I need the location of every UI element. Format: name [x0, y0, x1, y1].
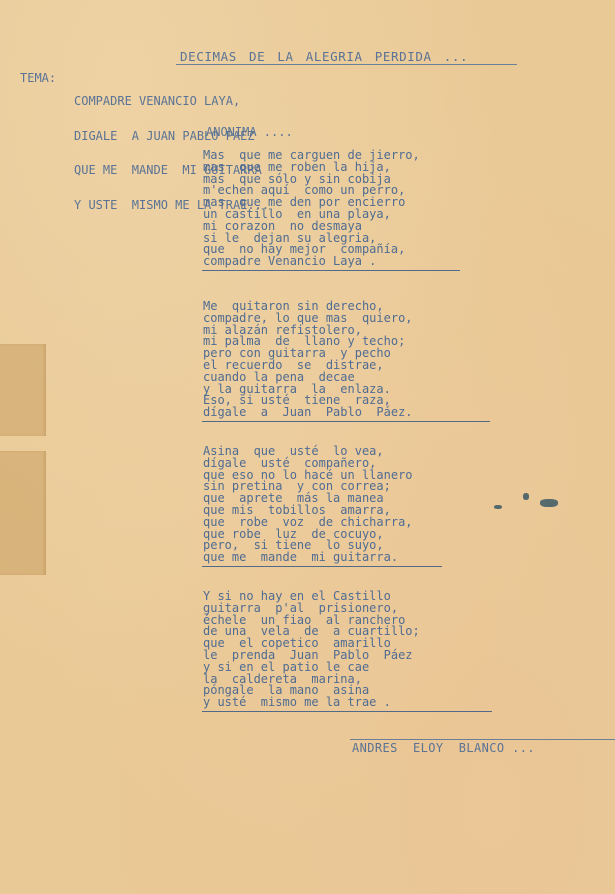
tema-label: TEMA: [20, 73, 56, 85]
verse-line: dígale a Juan Pablo Páez. [203, 407, 490, 419]
stanza-underline [202, 711, 492, 712]
tema-attribution: ANONIMA .... [206, 125, 293, 139]
stanza-4: Y si no hay en el Castilloguitarra p'al … [203, 591, 492, 712]
tema-line: COMPADRE VENANCIO LAYA, [74, 96, 269, 108]
title-underline [176, 64, 517, 65]
signature-rule [350, 739, 615, 740]
ink-speck [523, 493, 529, 500]
tema-block: TEMA: COMPADRE VENANCIO LAYA, DIGALE A J… [20, 73, 49, 119]
stanza-3: Asina que usté lo vea,dígale usté compañ… [203, 446, 442, 567]
tape-stain [0, 451, 46, 575]
verse-line: y usté mismo me la trae . [203, 697, 492, 709]
tape-stain [0, 344, 46, 436]
verse-line: que me mande mi guitarra. [203, 552, 442, 564]
ink-speck [494, 505, 502, 509]
author-signature: ANDRES ELOY BLANCO ... [352, 741, 535, 755]
poem-title: DECIMAS DE LA ALEGRIA PERDIDA ... [180, 49, 468, 64]
stanza-1: Mas que me carguen de jierro,mas que me … [203, 150, 460, 271]
stanza-2: Me quitaron sin derecho,compadre, lo que… [203, 301, 490, 422]
stanza-underline [202, 421, 490, 422]
stanza-underline [202, 566, 442, 567]
verse-line: compadre Venancio Laya . [203, 256, 460, 268]
stanza-underline [202, 270, 460, 271]
ink-speck [540, 499, 558, 507]
